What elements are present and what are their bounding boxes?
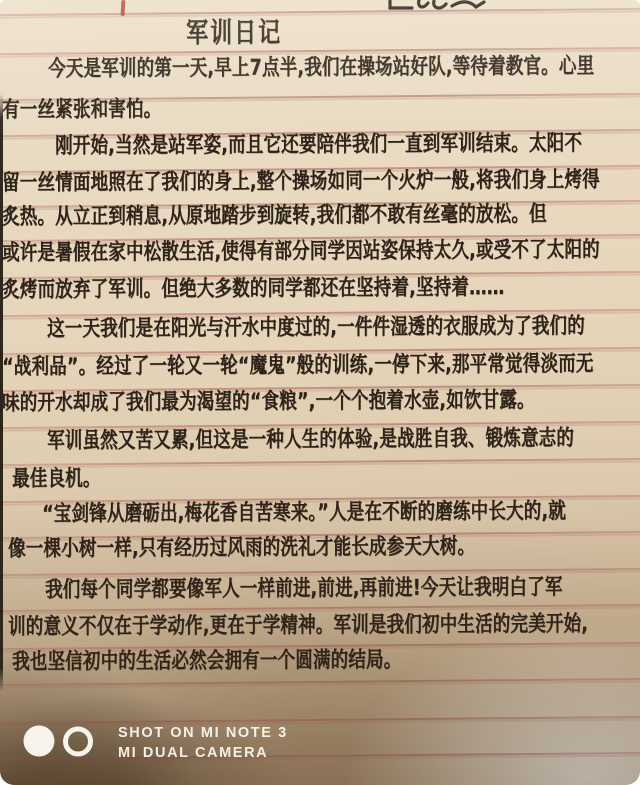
cutoff-handwriting-strokes [386, 0, 496, 13]
essay-line: 今天是军训的第一天,早上7点半,我们在操场站好队,等待着教官。心里 [48, 54, 594, 82]
essay-line: “战利品”。经过了一轮又一轮“魔鬼”般的训练,一停下来,那平常觉得淡而无 [2, 352, 594, 380]
essay-line: 味的开水却成了我们最为渴望的“食粮”,一个个抱着水壶,如饮甘露。 [2, 388, 535, 416]
essay-line: 刚开始,当然是站军姿,而且它还要陪伴我们一直到军训结束。太阳不 [55, 131, 582, 159]
essay-line: “宝剑锋从磨砺出,梅花香自苦寒来。”人是在不断的磨练中长大的,就 [42, 499, 566, 527]
ruled-line [0, 458, 640, 466]
outline-circle-icon [66, 729, 91, 754]
notebook-photo: 军训日记 今天是军训的第一天,早上7点半,我们在操场站好队,等待着教官。心里 有… [0, 0, 640, 785]
essay-line: 最佳良机。 [12, 467, 101, 492]
essay-line: 军训虽然又苦又累,但这是一种人生的体验,是战胜自我、锻炼意志的 [47, 426, 574, 454]
essay-line: 我们每个同学都要像军人一样前进,前进,再前进!今天让我明白了军 [45, 575, 563, 603]
watermark-line2: MI DUAL CAMERA [118, 744, 288, 764]
watermark-line1: SHOT ON MI NOTE 3 [118, 724, 288, 744]
essay-line: 炙烤而放弃了军训。但绝大多数的同学都还在坚持着,坚持着…… [2, 275, 505, 303]
essay-line: 或许是暑假在家中松散生活,使得有部分同学因站姿保持太久,或受不了太阳的 [2, 238, 600, 266]
ruled-line [0, 604, 640, 612]
essay-line: 有一丝紧张和害怕。 [2, 97, 161, 123]
mi-dual-camera-logo-icon [22, 724, 114, 760]
essay-line: 训的意义不仅在于学动作,更在于学精神。军训是我们初中生活的完美开始, [8, 612, 588, 640]
essay-title: 军训日记 [186, 21, 282, 47]
essay-line: 我也坚信初中的生活必然会拥有一个圆满的结局。 [12, 648, 401, 675]
ruled-line [0, 8, 640, 16]
essay-line: 留一丝情面地照在了我们的身上,整个操场如同一个火炉一般,将我们身上烤得 [2, 168, 600, 196]
ruled-line [0, 678, 640, 686]
essay-line: 这一天我们是在阳光与汗水中度过的,一件件湿透的衣服成为了我们的 [47, 314, 585, 342]
essay-line: 炙热。从立正到稍息,从原地踏步到旋转,我们都不敢有丝毫的放松。但 [2, 202, 547, 230]
filled-circle-icon [24, 726, 55, 757]
watermark: SHOT ON MI NOTE 3 MI DUAL CAMERA [22, 722, 288, 763]
essay-line: 像一棵小树一样,只有经历过风雨的洗礼才能长成参天大树。 [8, 534, 475, 562]
